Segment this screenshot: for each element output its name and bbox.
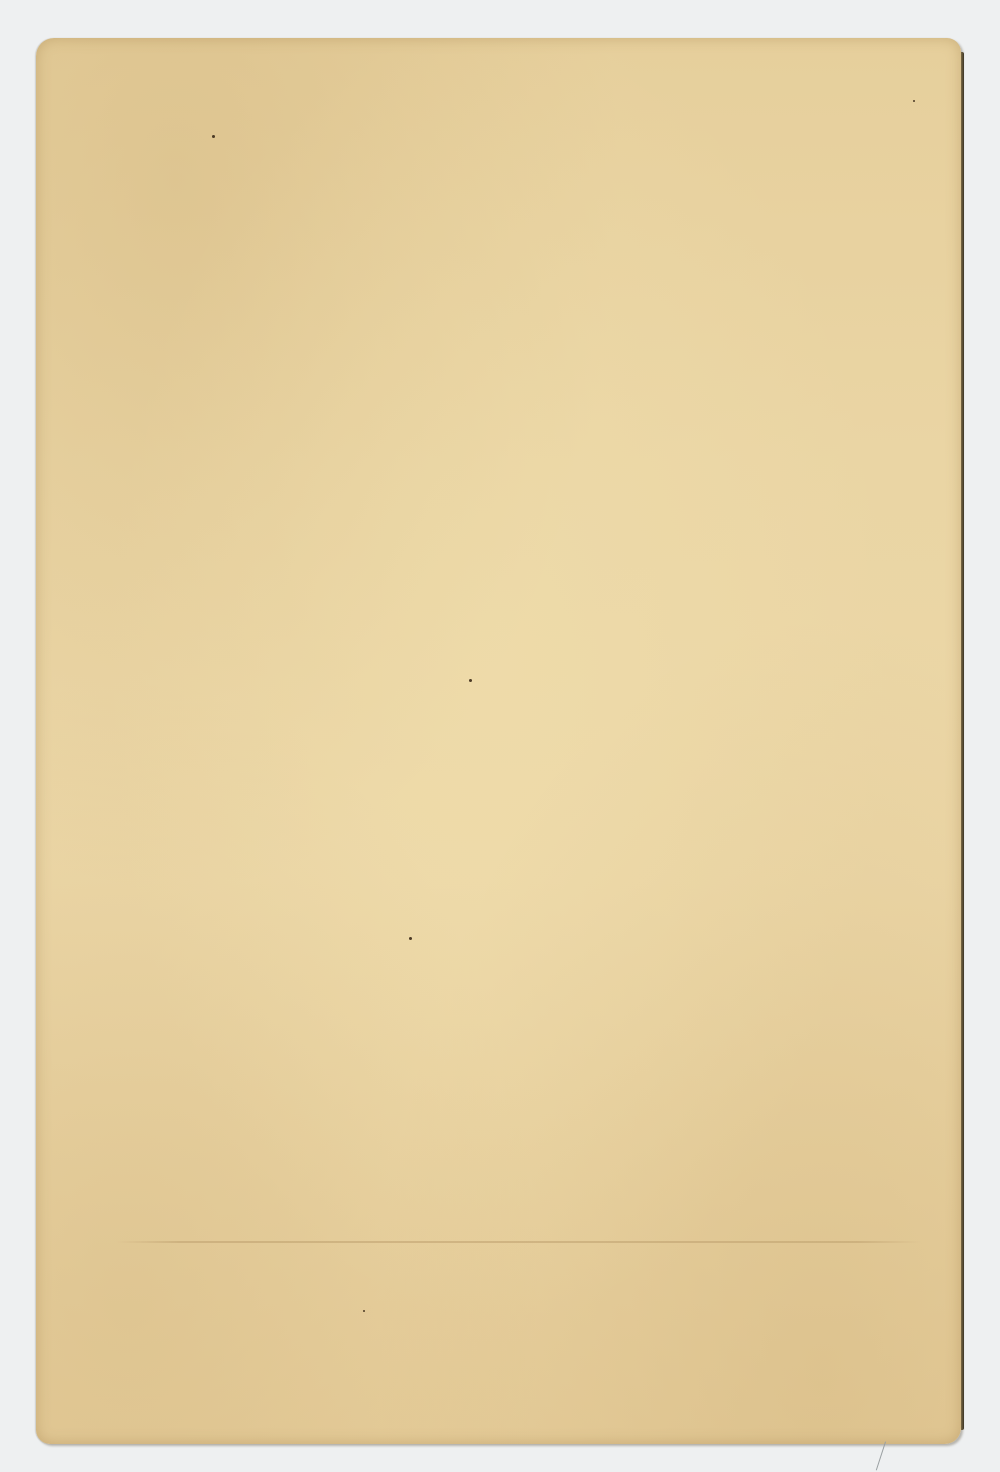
scan-background <box>0 0 1000 1472</box>
dust-hair <box>876 1442 888 1471</box>
impressed-line <box>116 1241 921 1243</box>
cabinet-card-back <box>36 38 961 1444</box>
speck <box>469 679 472 682</box>
card-edge <box>961 52 964 1430</box>
speck <box>363 1310 365 1312</box>
speck <box>913 100 915 102</box>
speck <box>409 937 412 940</box>
speck <box>212 135 215 138</box>
